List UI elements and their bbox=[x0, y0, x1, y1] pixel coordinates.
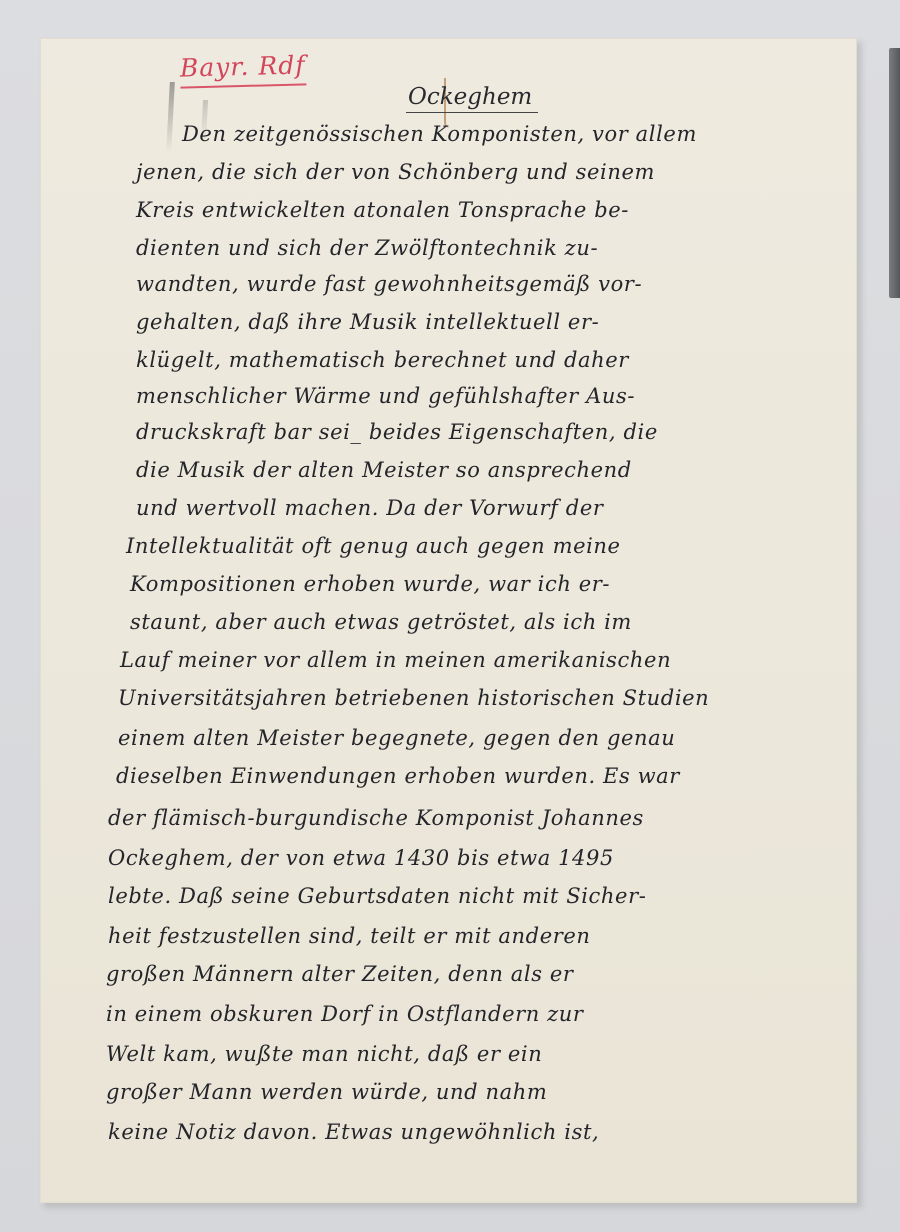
text-line: Lauf meiner vor allem in meinen amerikan… bbox=[120, 648, 671, 672]
text-line: druckskraft bar sei_ beides Eigenschafte… bbox=[136, 420, 658, 444]
text-line: einem alten Meister begegnete, gegen den… bbox=[118, 726, 675, 750]
text-line: und wertvoll machen. Da der Vorwurf der bbox=[136, 496, 604, 520]
text-line: in einem obskuren Dorf in Ostflandern zu… bbox=[106, 1002, 584, 1026]
text-line: dienten und sich der Zwölftontechnik zu- bbox=[136, 236, 598, 260]
text-line: die Musik der alten Meister so anspreche… bbox=[136, 458, 632, 482]
text-line: der flämisch-burgundische Komponist Joha… bbox=[108, 806, 644, 830]
text-line: dieselben Einwendungen erhoben wurden. E… bbox=[116, 764, 680, 788]
text-line: lebte. Daß seine Geburtsdaten nicht mit … bbox=[108, 884, 646, 908]
text-line: keine Notiz davon. Etwas ungewöhnlich is… bbox=[108, 1120, 599, 1144]
text-line: Ockeghem, der von etwa 1430 bis etwa 149… bbox=[108, 846, 614, 870]
text-line: großen Männern alter Zeiten, denn als er bbox=[106, 962, 574, 986]
manuscript-text: Den zeitgenössischen Komponisten, vor al… bbox=[0, 0, 900, 1232]
text-line: wandten, wurde fast gewohnheitsgemäß vor… bbox=[136, 272, 642, 296]
text-line: jenen, die sich der von Schönberg und se… bbox=[136, 160, 655, 184]
text-line: Kreis entwickelten atonalen Tonsprache b… bbox=[136, 198, 629, 222]
text-line: Kompositionen erhoben wurde, war ich er- bbox=[130, 572, 610, 596]
text-line: Intellektualität oft genug auch gegen me… bbox=[126, 534, 621, 558]
text-line: gehalten, daß ihre Musik intellektuell e… bbox=[136, 310, 599, 334]
text-line: Universitätsjahren betriebenen historisc… bbox=[118, 686, 709, 710]
text-line: großer Mann werden würde, und nahm bbox=[106, 1080, 547, 1104]
text-line: Welt kam, wußte man nicht, daß er ein bbox=[106, 1042, 542, 1066]
text-line: menschlicher Wärme und gefühlshafter Aus… bbox=[136, 384, 635, 408]
text-line: heit festzustellen sind, teilt er mit an… bbox=[108, 924, 591, 948]
text-line: klügelt, mathematisch berechnet und dahe… bbox=[136, 348, 629, 372]
text-line: Den zeitgenössischen Komponisten, vor al… bbox=[182, 122, 697, 146]
text-line: staunt, aber auch etwas getröstet, als i… bbox=[130, 610, 632, 634]
